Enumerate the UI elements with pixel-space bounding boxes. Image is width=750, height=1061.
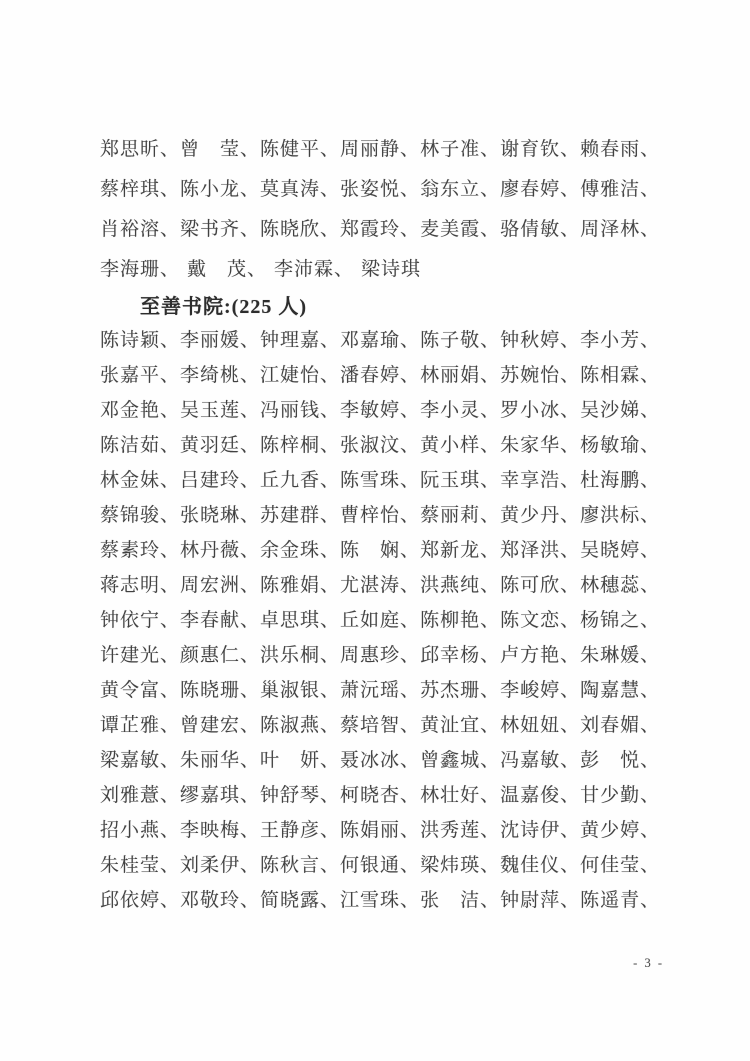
name-line: 邱依婷、邓敬玲、简晓露、江雪珠、张 洁、钟尉萍、陈遥青、 (100, 881, 658, 916)
name-line: 蔡梓琪、陈小龙、莫真涛、张姿悦、翁东立、廖春婷、傅雅洁、 (100, 167, 658, 207)
name-line: 谭芷雅、曾建宏、陈淑燕、蔡培智、黄沚宜、林妞妞、刘春媚、 (100, 706, 658, 741)
names-block-zhishan: 陈诗颖、李丽媛、钟理嘉、邓嘉瑜、陈子敬、钟秋婷、李小芳、张嘉平、李绮桃、江婕怡、… (100, 321, 658, 916)
name-entry: 陈遥青、 (580, 885, 660, 912)
name-entry: 戴 茂、 (187, 254, 267, 281)
name-entry: 邓敬玲、 (180, 885, 260, 912)
name-entry: 邓金艳、 (100, 395, 180, 422)
name-line: 钟依宁、李春献、卓思琪、丘如庭、陈柳艳、陈文恋、杨锦之、 (100, 601, 658, 636)
name-entry: 朱家华、 (500, 430, 580, 457)
name-entry: 何银通、 (340, 850, 420, 877)
name-entry: 刘柔伊、 (180, 850, 260, 877)
name-entry: 李敏婷、 (340, 395, 420, 422)
name-entry: 沈诗伊、 (500, 815, 580, 842)
name-entry: 陶嘉慧、 (580, 675, 660, 702)
name-line: 陈诗颖、李丽媛、钟理嘉、邓嘉瑜、陈子敬、钟秋婷、李小芳、 (100, 321, 658, 356)
name-line: 梁嘉敏、朱丽华、叶 妍、聂冰冰、曾鑫城、冯嘉敏、彭 悦、 (100, 741, 658, 776)
name-entry: 曾建宏、 (180, 710, 260, 737)
name-line: 招小燕、李映梅、王静彦、陈娟丽、洪秀莲、沈诗伊、黄少婷、 (100, 811, 658, 846)
name-entry: 邱幸杨、 (420, 640, 500, 667)
name-entry: 洪秀莲、 (420, 815, 500, 842)
name-entry: 李小芳、 (580, 325, 660, 352)
name-entry: 李沛霖、 (274, 254, 354, 281)
name-entry: 江雪珠、 (340, 885, 420, 912)
name-entry: 巢淑银、 (260, 675, 340, 702)
name-entry: 卓思琪、 (260, 605, 340, 632)
name-entry: 李绮桃、 (180, 360, 260, 387)
name-entry: 林壮好、 (420, 780, 500, 807)
name-entry: 翁东立、 (420, 174, 500, 201)
name-entry: 罗小冰、 (500, 395, 580, 422)
name-entry: 李映梅、 (180, 815, 260, 842)
name-entry: 张晓琳、 (180, 500, 260, 527)
name-entry: 陈 娴、 (340, 535, 420, 562)
name-entry: 朱琳媛、 (580, 640, 660, 667)
name-entry: 招小燕、 (100, 815, 180, 842)
name-entry: 陈晓珊、 (180, 675, 260, 702)
name-entry: 陈洁茹、 (100, 430, 180, 457)
name-entry: 梁书齐、 (180, 214, 260, 241)
name-entry: 缪嘉琪、 (180, 780, 260, 807)
name-entry: 林穗蕊、 (580, 570, 660, 597)
name-entry: 颜惠仁、 (180, 640, 260, 667)
name-entry: 张淑汶、 (340, 430, 420, 457)
name-entry: 邓嘉瑜、 (340, 325, 420, 352)
name-entry: 朱桂莹、 (100, 850, 180, 877)
name-entry: 陈健平、 (260, 134, 340, 161)
name-entry: 黄令富、 (100, 675, 180, 702)
name-entry: 周泽林、 (580, 214, 660, 241)
name-entry: 廖春婷、 (500, 174, 580, 201)
name-line: 陈洁茹、黄羽廷、陈梓桐、张淑汶、黄小样、朱家华、杨敏瑜、 (100, 426, 658, 461)
name-entry: 周丽静、 (340, 134, 420, 161)
names-block-continued: 郑思昕、曾 莹、陈健平、周丽静、林子准、谢育钦、赖春雨、蔡梓琪、陈小龙、莫真涛、… (100, 127, 658, 287)
name-entry: 陈晓欣、 (260, 214, 340, 241)
name-entry: 曹梓怡、 (340, 500, 420, 527)
name-entry: 魏佳仪、 (500, 850, 580, 877)
name-line: 许建光、颜惠仁、洪乐桐、周惠珍、邱幸杨、卢方艳、朱琳媛、 (100, 636, 658, 671)
name-line: 张嘉平、李绮桃、江婕怡、潘春婷、林丽娟、苏婉怡、陈相霖、 (100, 356, 658, 391)
name-entry: 周宏洲、 (180, 570, 260, 597)
name-entry: 苏建群、 (260, 500, 340, 527)
name-entry: 陈淑燕、 (260, 710, 340, 737)
name-entry: 李峻婷、 (500, 675, 580, 702)
name-entry: 彭 悦、 (580, 745, 660, 772)
name-entry: 蔡梓琪、 (100, 174, 180, 201)
name-entry: 郑思昕、 (100, 134, 180, 161)
name-entry: 林妞妞、 (500, 710, 580, 737)
name-entry: 钟舒琴、 (260, 780, 340, 807)
name-entry: 陈可欣、 (500, 570, 580, 597)
name-entry: 聂冰冰、 (340, 745, 420, 772)
name-entry: 林金妹、 (100, 465, 180, 492)
name-entry: 冯丽钱、 (260, 395, 340, 422)
name-entry: 梁炜瑛、 (420, 850, 500, 877)
name-line: 蔡素玲、林丹薇、余金珠、陈 娴、郑新龙、郑泽洪、吴晓婷、 (100, 531, 658, 566)
name-entry: 郑泽洪、 (500, 535, 580, 562)
name-entry: 苏婉怡、 (500, 360, 580, 387)
name-entry: 吕建玲、 (180, 465, 260, 492)
name-entry: 蔡培智、 (340, 710, 420, 737)
name-entry: 陈诗颖、 (100, 325, 180, 352)
name-entry: 刘春媚、 (580, 710, 660, 737)
name-entry: 赖春雨、 (580, 134, 660, 161)
name-entry: 蔡素玲、 (100, 535, 180, 562)
name-entry: 简晓露、 (260, 885, 340, 912)
name-entry: 谢育钦、 (500, 134, 580, 161)
name-entry: 何佳莹、 (580, 850, 660, 877)
name-entry: 叶 妍、 (260, 745, 340, 772)
name-entry: 卢方艳、 (500, 640, 580, 667)
name-entry: 陈雅娟、 (260, 570, 340, 597)
name-entry: 梁嘉敏、 (100, 745, 180, 772)
name-entry: 王静彦、 (260, 815, 340, 842)
name-entry: 丘如庭、 (340, 605, 420, 632)
name-entry: 曾 莹、 (180, 134, 260, 161)
name-entry: 陈柳艳、 (420, 605, 500, 632)
name-entry: 陈文恋、 (500, 605, 580, 632)
name-line: 肖裕溶、梁书齐、陈晓欣、郑霞玲、麦美霞、骆倩敏、周泽林、 (100, 207, 658, 247)
name-line: 朱桂莹、刘柔伊、陈秋言、何银通、梁炜瑛、魏佳仪、何佳莹、 (100, 846, 658, 881)
name-entry: 阮玉琪、 (420, 465, 500, 492)
name-entry: 丘九香、 (260, 465, 340, 492)
name-entry: 吴晓婷、 (580, 535, 660, 562)
name-line: 李海珊、戴 茂、李沛霖、梁诗琪 (100, 247, 658, 287)
name-entry: 陈相霖、 (580, 360, 660, 387)
name-entry: 潘春婷、 (340, 360, 420, 387)
name-entry: 骆倩敏、 (500, 214, 580, 241)
name-entry: 李海珊、 (100, 254, 180, 281)
name-entry: 林子准、 (420, 134, 500, 161)
name-entry: 李小灵、 (420, 395, 500, 422)
name-entry: 刘雅薏、 (100, 780, 180, 807)
name-entry: 许建光、 (100, 640, 180, 667)
name-entry: 张 洁、 (420, 885, 500, 912)
name-entry: 蔡锦骏、 (100, 500, 180, 527)
name-entry: 曾鑫城、 (420, 745, 500, 772)
name-entry: 黄沚宜、 (420, 710, 500, 737)
name-line: 邓金艳、吴玉莲、冯丽钱、李敏婷、李小灵、罗小冰、吴沙娣、 (100, 391, 658, 426)
name-entry: 黄小样、 (420, 430, 500, 457)
name-entry: 钟秋婷、 (500, 325, 580, 352)
name-entry: 谭芷雅、 (100, 710, 180, 737)
name-entry: 温嘉俊、 (500, 780, 580, 807)
name-entry: 钟理嘉、 (260, 325, 340, 352)
name-entry: 肖裕溶、 (100, 214, 180, 241)
name-entry: 陈小龙、 (180, 174, 260, 201)
document-page: 郑思昕、曾 莹、陈健平、周丽静、林子准、谢育钦、赖春雨、蔡梓琪、陈小龙、莫真涛、… (0, 0, 750, 1061)
name-entry: 杨敏瑜、 (580, 430, 660, 457)
name-entry: 江婕怡、 (260, 360, 340, 387)
name-entry: 苏杰珊、 (420, 675, 500, 702)
name-entry: 洪乐桐、 (260, 640, 340, 667)
name-entry: 廖洪标、 (580, 500, 660, 527)
name-entry: 杜海鹏、 (580, 465, 660, 492)
name-entry: 蒋志明、 (100, 570, 180, 597)
page-number: - 3 - (633, 956, 664, 971)
name-entry: 余金珠、 (260, 535, 340, 562)
name-entry: 吴玉莲、 (180, 395, 260, 422)
name-entry: 钟尉萍、 (500, 885, 580, 912)
name-entry: 陈娟丽、 (340, 815, 420, 842)
name-entry: 幸享浩、 (500, 465, 580, 492)
name-entry: 李丽媛、 (180, 325, 260, 352)
name-line: 林金妹、吕建玲、丘九香、陈雪珠、阮玉琪、幸享浩、杜海鹏、 (100, 461, 658, 496)
name-entry: 张嘉平、 (100, 360, 180, 387)
name-entry: 柯晓杏、 (340, 780, 420, 807)
name-entry: 梁诗琪 (361, 254, 421, 281)
name-entry: 杨锦之、 (580, 605, 660, 632)
name-entry: 蔡丽莉、 (420, 500, 500, 527)
name-entry: 黄少丹、 (500, 500, 580, 527)
name-entry: 李春献、 (180, 605, 260, 632)
name-entry: 林丽娟、 (420, 360, 500, 387)
name-entry: 邱依婷、 (100, 885, 180, 912)
name-line: 黄令富、陈晓珊、巢淑银、萧沅瑶、苏杰珊、李峻婷、陶嘉慧、 (100, 671, 658, 706)
name-entry: 尤湛涛、 (340, 570, 420, 597)
name-entry: 莫真涛、 (260, 174, 340, 201)
name-line: 蒋志明、周宏洲、陈雅娟、尤湛涛、洪燕纯、陈可欣、林穗蕊、 (100, 566, 658, 601)
name-entry: 吴沙娣、 (580, 395, 660, 422)
name-entry: 张姿悦、 (340, 174, 420, 201)
college-heading: 至善书院:(225 人) (100, 287, 658, 321)
name-line: 蔡锦骏、张晓琳、苏建群、曹梓怡、蔡丽莉、黄少丹、廖洪标、 (100, 496, 658, 531)
name-entry: 萧沅瑶、 (340, 675, 420, 702)
name-entry: 陈梓桐、 (260, 430, 340, 457)
name-entry: 陈雪珠、 (340, 465, 420, 492)
name-entry: 麦美霞、 (420, 214, 500, 241)
name-entry: 钟依宁、 (100, 605, 180, 632)
name-entry: 黄羽廷、 (180, 430, 260, 457)
name-entry: 朱丽华、 (180, 745, 260, 772)
name-entry: 郑霞玲、 (340, 214, 420, 241)
name-entry: 冯嘉敏、 (500, 745, 580, 772)
name-entry: 甘少勤、 (580, 780, 660, 807)
name-entry: 陈子敬、 (420, 325, 500, 352)
name-entry: 傅雅洁、 (580, 174, 660, 201)
name-entry: 陈秋言、 (260, 850, 340, 877)
name-entry: 黄少婷、 (580, 815, 660, 842)
name-entry: 林丹薇、 (180, 535, 260, 562)
name-line: 郑思昕、曾 莹、陈健平、周丽静、林子准、谢育钦、赖春雨、 (100, 127, 658, 167)
name-entry: 洪燕纯、 (420, 570, 500, 597)
name-line: 刘雅薏、缪嘉琪、钟舒琴、柯晓杏、林壮好、温嘉俊、甘少勤、 (100, 776, 658, 811)
name-entry: 郑新龙、 (420, 535, 500, 562)
name-entry: 周惠珍、 (340, 640, 420, 667)
